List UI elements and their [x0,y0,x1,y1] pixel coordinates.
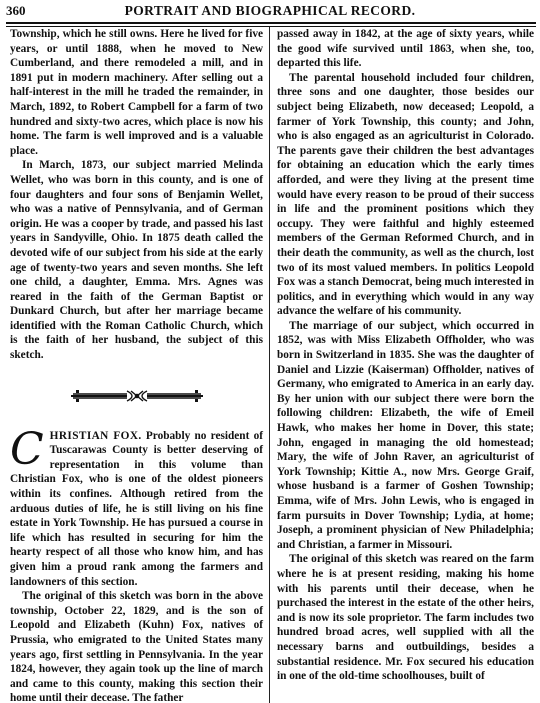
paragraph: In March, 1873, our subject married Meli… [10,158,263,362]
left-column: Township, which he still owns. Here he l… [10,27,263,703]
column-divider [269,27,270,703]
drop-cap: C [10,431,44,471]
paragraph: The original of this sketch was reared o… [277,552,534,683]
biography-intro: CHRISTIAN FOX. Probably no resident of T… [10,429,263,590]
ornament-divider-icon [10,363,263,429]
right-column: passed away in 1842, at the age of sixty… [277,27,534,684]
paragraph: The marriage of our subject, which occur… [277,319,534,553]
paragraph: The original of this sketch was born in … [10,589,263,703]
page-header: 360 PORTRAIT AND BIOGRAPHICAL RECORD. [0,0,540,24]
paragraph: passed away in 1842, at the age of sixty… [277,27,534,71]
biography-intro-text: Probably no resident of Tuscarawas Count… [10,430,263,588]
paragraph: The parental household included four chi… [277,71,534,319]
biography-name-heading: HRISTIAN FOX. [50,430,142,442]
running-title: PORTRAIT AND BIOGRAPHICAL RECORD. [0,3,540,19]
paragraph: Township, which he still owns. Here he l… [10,27,263,158]
